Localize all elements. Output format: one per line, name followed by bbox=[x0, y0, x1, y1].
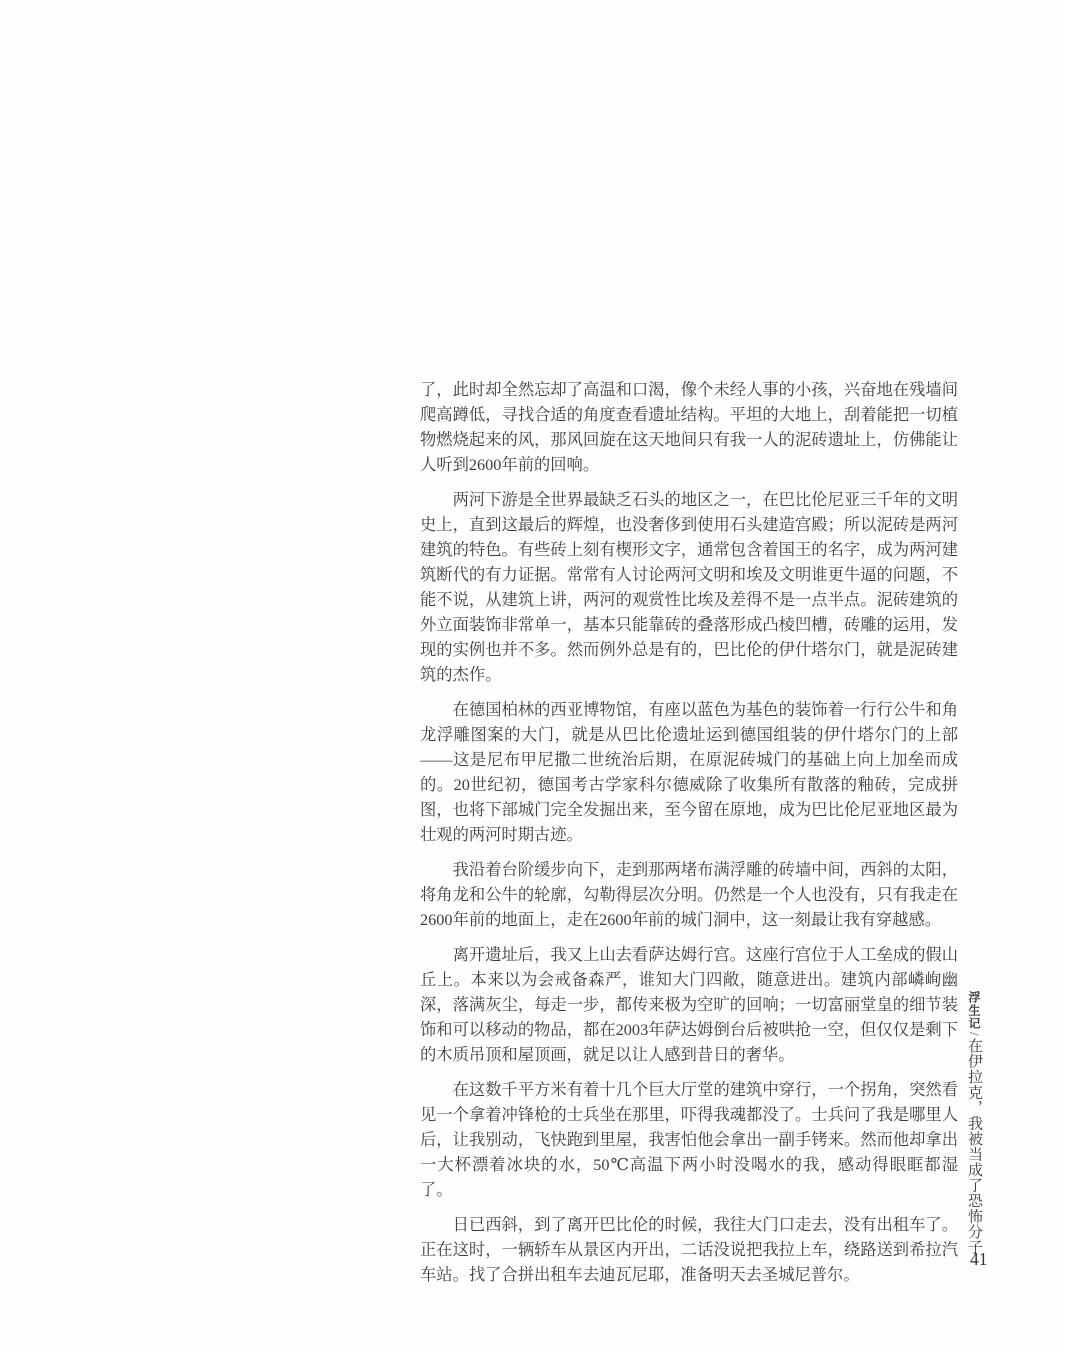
book-title: 浮生记 bbox=[967, 991, 981, 1030]
paragraph: 我沿着台阶缓步向下，走到那两堵布满浮雕的砖墙中间，西斜的太阳，将角龙和公牛的轮廓… bbox=[420, 857, 958, 932]
book-page: 了，此时却全然忘却了高温和口渴，像个未经人事的小孩，兴奋地在残墙间爬高蹲低，寻找… bbox=[0, 0, 1065, 1353]
article-text-block: 了，此时却全然忘却了高温和口渴，像个未经人事的小孩，兴奋地在残墙间爬高蹲低，寻找… bbox=[420, 377, 958, 1287]
title-separator: / bbox=[967, 1032, 982, 1036]
running-title-sidebar: 浮生记/在伊拉克，我被当成了恐怖分子 bbox=[963, 991, 985, 1281]
paragraph: 离开遗址后，我又上山去看萨达姆行宫。这座行宫位于人工垒成的假山丘上。本来以为会戒… bbox=[420, 942, 958, 1067]
paragraph: 了，此时却全然忘却了高温和口渴，像个未经人事的小孩，兴奋地在残墙间爬高蹲低，寻找… bbox=[420, 377, 958, 477]
paragraph: 在德国柏林的西亚博物馆，有座以蓝色为基色的装饰着一行行公牛和角龙浮雕图案的大门，… bbox=[420, 697, 958, 847]
chapter-title: 在伊拉克，我被当成了恐怖分子 bbox=[966, 1038, 982, 1255]
page-number: 41 bbox=[970, 1249, 988, 1270]
paragraph: 日已西斜，到了离开巴比伦的时候，我往大门口走去，没有出租车了。正在这时，一辆轿车… bbox=[420, 1212, 958, 1287]
paragraph: 在这数千平方米有着十几个巨大厅堂的建筑中穿行，一个拐角，突然看见一个拿着冲锋枪的… bbox=[420, 1077, 958, 1202]
paragraph: 两河下游是全世界最缺乏石头的地区之一，在巴比伦尼亚三千年的文明史上，直到这最后的… bbox=[420, 487, 958, 687]
